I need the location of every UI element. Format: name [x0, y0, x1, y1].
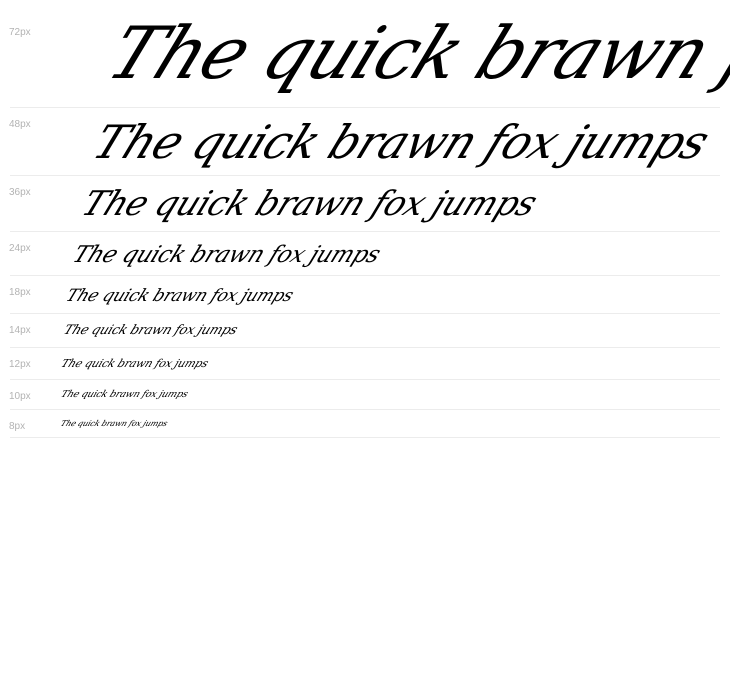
specimen-row-72: 72px The quick brawn fox — [10, 0, 720, 108]
specimen-row-18: 18px The quick brawn fox jumps — [10, 276, 720, 314]
size-label: 48px — [9, 119, 31, 131]
sample-text: The quick brawn fox jumps — [85, 114, 717, 170]
size-label: 36px — [9, 187, 31, 199]
size-label: 10px — [9, 391, 31, 403]
size-label: 18px — [9, 287, 31, 299]
specimen-row-14: 14px The quick brawn fox jumps — [10, 314, 720, 348]
specimen-row-8: 8px The quick brawn fox jumps — [10, 410, 720, 438]
sample-text: The quick brawn fox — [95, 8, 730, 98]
specimen-row-10: 10px The quick brawn fox jumps — [10, 380, 720, 410]
specimen-row-36: 36px The quick brawn fox jumps — [10, 176, 720, 232]
sample-text: The quick brawn fox jumps — [62, 284, 297, 308]
sample-text: The quick brawn fox jumps — [58, 417, 170, 431]
size-label: 8px — [9, 421, 25, 433]
specimen-row-24: 24px The quick brawn fox jumps — [10, 232, 720, 276]
specimen-row-12: 12px The quick brawn fox jumps — [10, 348, 720, 380]
size-label: 14px — [9, 325, 31, 337]
sample-text: The quick brawn fox jumps — [58, 387, 190, 403]
font-specimen: 72px The quick brawn fox 48px The quick … — [0, 0, 730, 700]
sample-text: The quick brawn fox jumps — [68, 240, 385, 270]
sample-text: The quick brawn fox jumps — [75, 182, 543, 226]
size-label: 12px — [9, 359, 31, 371]
size-label: 72px — [9, 27, 31, 39]
specimen-row-48: 48px The quick brawn fox jumps — [10, 108, 720, 176]
sample-text: The quick brawn fox jumps — [58, 355, 211, 373]
sample-text: The quick brawn fox jumps — [60, 321, 240, 341]
size-label: 24px — [9, 243, 31, 255]
